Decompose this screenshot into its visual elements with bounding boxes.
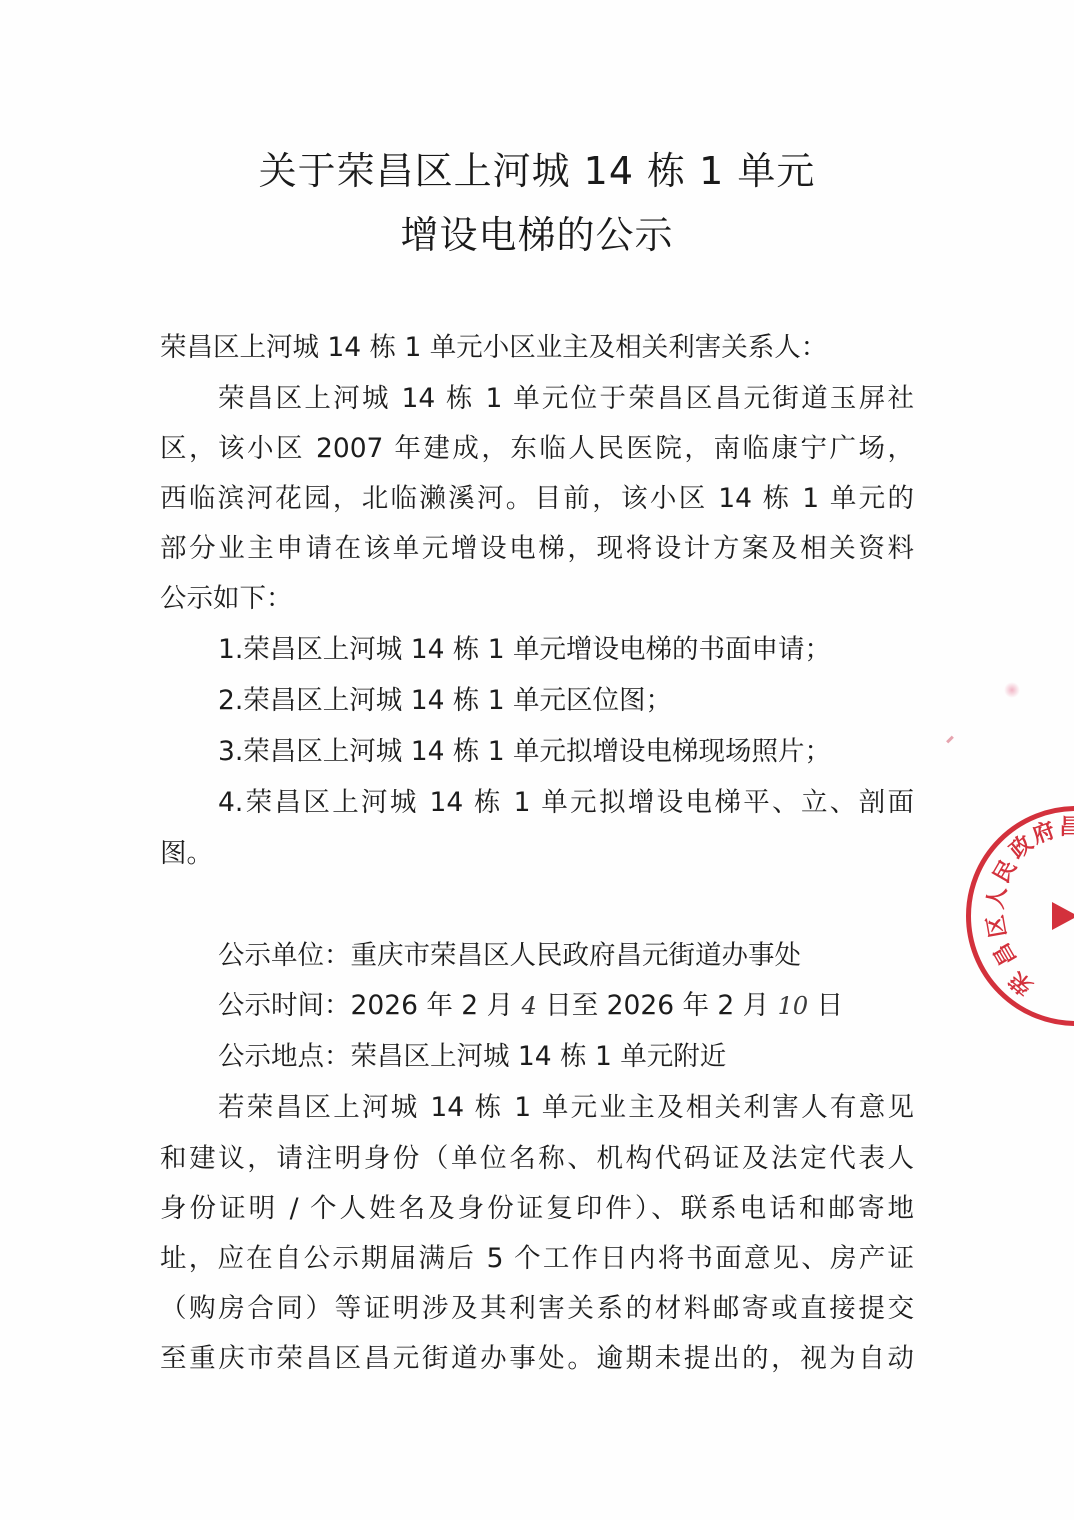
closing-line: （购房合同）等证明涉及其利害关系的材料邮寄或直接提交: [160, 1291, 914, 1327]
notice-place: 公示地点：荣昌区上河城 14 栋 1 单元附近: [218, 1039, 914, 1075]
document-title-line-1: 关于荣昌区上河城 14 栋 1 单元: [0, 146, 1074, 196]
notice-time-label: 公示时间：: [218, 990, 351, 1021]
notice-place-value: 荣昌区上河城 14 栋 1 单元附近: [351, 1041, 727, 1072]
intro-line: 部分业主申请在该单元增设电梯，现将设计方案及相关资料: [160, 531, 914, 567]
handwritten-start-day: 4: [522, 992, 537, 1020]
salutation: 荣昌区上河城 14 栋 1 单元小区业主及相关利害关系人：: [160, 330, 914, 366]
attachment-item-4: 4.荣昌区上河城 14 栋 1 单元拟增设电梯平、立、剖面: [218, 785, 914, 821]
notice-time-middle: 日至 2026 年 2 月: [537, 990, 778, 1021]
closing-line: 至重庆市荣昌区昌元街道办事处。逾期未提出的，视为自动: [160, 1341, 914, 1377]
closing-line: 身份证明 / 个人姓名及身份证复印件）、联系电话和邮寄地: [160, 1191, 914, 1227]
ink-speck: [946, 736, 954, 744]
notice-time: 公示时间：2026 年 2 月 4 日至 2026 年 2 月 10 日: [218, 988, 914, 1024]
intro-line: 荣昌区上河城 14 栋 1 单元位于荣昌区昌元街道玉屏社: [218, 381, 914, 417]
attachment-item-1: 1.荣昌区上河城 14 栋 1 单元增设电梯的书面申请；: [218, 632, 914, 668]
intro-line: 公示如下：: [160, 581, 914, 617]
notice-unit-label: 公示单位：: [218, 940, 351, 971]
attachment-item-3: 3.荣昌区上河城 14 栋 1 单元拟增设电梯现场照片；: [218, 734, 914, 770]
notice-unit-value: 重庆市荣昌区人民政府昌元街道办事处: [351, 940, 802, 971]
closing-line: 若荣昌区上河城 14 栋 1 单元业主及相关利害人有意见: [218, 1090, 914, 1126]
attachment-item-2: 2.荣昌区上河城 14 栋 1 单元区位图；: [218, 683, 914, 719]
closing-line: 址，应在自公示期届满后 5 个工作日内将书面意见、房产证: [160, 1241, 914, 1277]
notice-time-prefix: 2026 年 2 月: [351, 990, 522, 1021]
document-title-line-2: 增设电梯的公示: [0, 210, 1074, 260]
handwritten-end-day: 10: [778, 992, 809, 1020]
notice-place-label: 公示地点：: [218, 1041, 351, 1072]
intro-line: 区，该小区 2007 年建成，东临人民医院，南临康宁广场，: [160, 431, 914, 467]
intro-line: 西临滨河花园，北临濑溪河。目前，该小区 14 栋 1 单元的: [160, 481, 914, 517]
notice-unit: 公示单位：重庆市荣昌区人民政府昌元街道办事处: [218, 938, 914, 974]
official-seal: 荣 昌 区 人 民 政 府 昌: [966, 806, 1074, 1026]
notice-time-suffix: 日: [808, 990, 843, 1021]
attachment-item-4-cont: 图。: [160, 836, 914, 872]
document-page: 关于荣昌区上河城 14 栋 1 单元 增设电梯的公示 荣昌区上河城 14 栋 1…: [0, 0, 1074, 1520]
closing-line: 和建议，请注明身份（单位名称、机构代码证及法定代表人: [160, 1141, 914, 1177]
seal-star-icon: [1052, 902, 1074, 930]
ink-speck: [1004, 682, 1020, 698]
